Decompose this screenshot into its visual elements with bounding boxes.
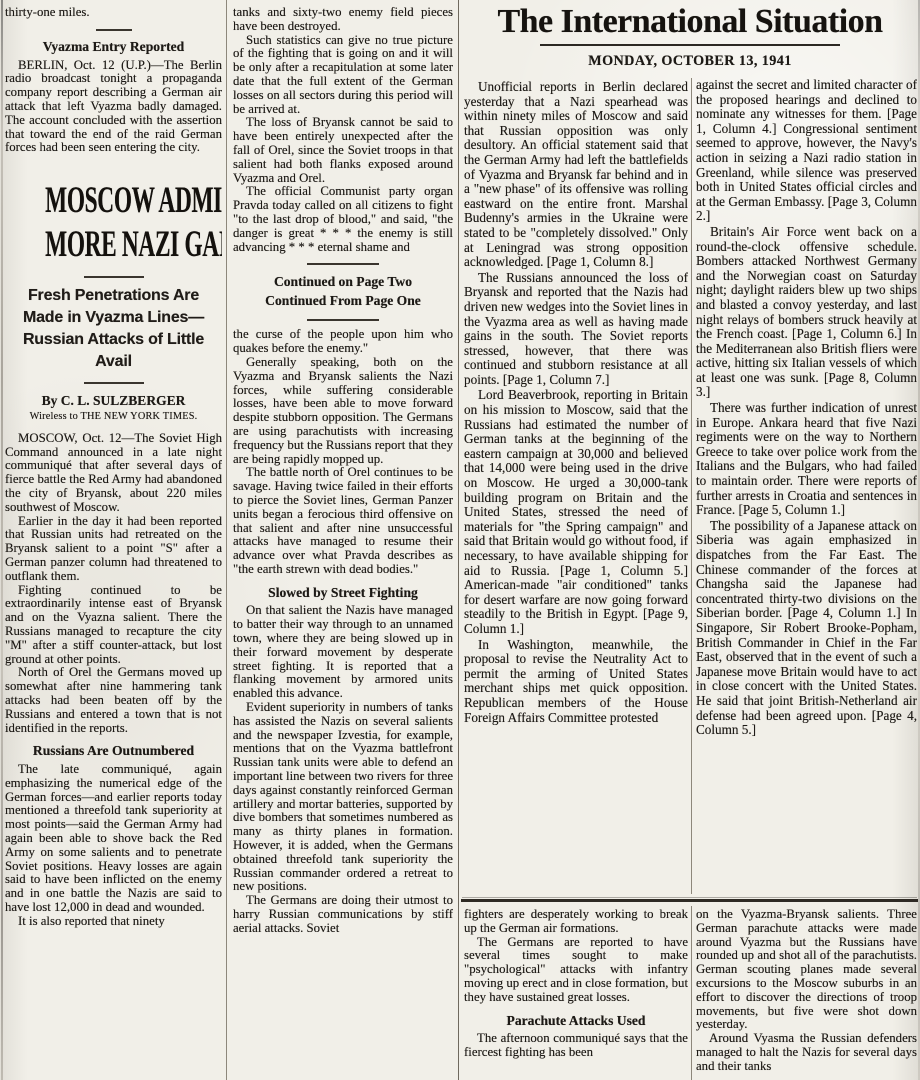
continuation-line: thirty-one miles. bbox=[5, 6, 222, 20]
bottom-column-2: on the Vyazma-Bryansk salients. Three Ge… bbox=[696, 908, 917, 1080]
column-rule-2 bbox=[458, 0, 459, 1080]
headline-line-2: MORE NAZI GAINS bbox=[45, 223, 182, 267]
section-heading: Vyazma Entry Reported bbox=[5, 40, 222, 54]
feature-date: MONDAY, OCTOBER 13, 1941 bbox=[462, 53, 918, 70]
continuation-paragraph: fighters are desperately working to brea… bbox=[464, 908, 688, 936]
scan-edge-left bbox=[1, 0, 3, 1080]
column-1: thirty-one miles. Vyazma Entry Reported … bbox=[5, 0, 222, 1080]
news-paragraph: Generally speaking, both on the Vyazma a… bbox=[233, 356, 453, 466]
news-paragraph: BERLIN, Oct. 12 (U.P.)—The Berlin radio … bbox=[5, 59, 222, 156]
summary-paragraph: Unofficial reports in Berlin declared ye… bbox=[464, 80, 688, 270]
summary-column-2: against the secret and limited character… bbox=[696, 78, 917, 894]
news-paragraph: Such statistics can give no true picture… bbox=[233, 34, 453, 117]
news-paragraph: It is also reported that ninety bbox=[5, 915, 222, 929]
byline: By C. L. SULZBERGER bbox=[5, 394, 222, 408]
news-paragraph: North of Orel the Germans moved up somew… bbox=[5, 666, 222, 735]
summary-column-1: Unofficial reports in Berlin declared ye… bbox=[464, 80, 688, 896]
divider-dash bbox=[307, 319, 379, 321]
wire-credit: Wireless to THE NEW YORK TIMES. bbox=[5, 410, 222, 424]
summary-paragraph: The possibility of a Japanese attack on … bbox=[696, 519, 917, 738]
section-heading: Slowed by Street Fighting bbox=[233, 586, 453, 600]
news-paragraph: The Germans are reported to have several… bbox=[464, 936, 688, 1005]
feature-title: The International Situation bbox=[462, 0, 918, 44]
summary-paragraph: Britain's Air Force went back on a round… bbox=[696, 225, 917, 400]
news-paragraph: The official Communist party organ Pravd… bbox=[233, 185, 453, 254]
news-paragraph: The battle north of Orel continues to be… bbox=[233, 466, 453, 576]
column-rule-1 bbox=[226, 0, 227, 1080]
main-headline: MOSCOW ADMITS MORE NAZI GAINS bbox=[5, 179, 222, 267]
continued-block: Continued on Page Two Continued From Pag… bbox=[233, 263, 453, 321]
summary-paragraph: against the secret and limited character… bbox=[696, 78, 917, 224]
continued-on-notice: Continued on Page Two bbox=[233, 272, 453, 291]
news-paragraph: Earlier in the day it had been reported … bbox=[5, 515, 222, 584]
news-paragraph: MOSCOW, Oct. 12—The Soviet High Command … bbox=[5, 432, 222, 515]
news-paragraph: Evident superiority in numbers of tanks … bbox=[233, 701, 453, 894]
summary-paragraph: In Washington, meanwhile, the proposal t… bbox=[464, 638, 688, 726]
newspaper-page: thirty-one miles. Vyazma Entry Reported … bbox=[0, 0, 920, 1080]
summary-bottom-rule bbox=[461, 899, 918, 902]
news-paragraph: Fighting continued to be extraordinarily… bbox=[5, 584, 222, 667]
divider-dash bbox=[84, 382, 144, 384]
section-heading: Parachute Attacks Used bbox=[464, 1014, 688, 1028]
section-heading: Russians Are Outnumbered bbox=[5, 744, 222, 758]
column-rule-4 bbox=[691, 906, 692, 1080]
headline-line-1: MOSCOW ADMITS bbox=[45, 179, 182, 223]
news-paragraph: The loss of Bryansk cannot be said to ha… bbox=[233, 116, 453, 185]
continued-from-notice: Continued From Page One bbox=[233, 291, 453, 310]
bottom-column-1: fighters are desperately working to brea… bbox=[464, 908, 688, 1080]
news-paragraph: The late communiqué, again emphasizing t… bbox=[5, 763, 222, 915]
summary-paragraph: There was further indication of unrest i… bbox=[696, 401, 917, 518]
news-paragraph: On that salient the Nazis have managed t… bbox=[233, 604, 453, 701]
continuation-paragraph: the curse of the people upon him who qua… bbox=[233, 328, 453, 356]
column-2: tanks and sixty-two enemy field pieces h… bbox=[233, 0, 453, 1080]
column-rule-3 bbox=[691, 78, 692, 894]
divider-dash bbox=[307, 263, 379, 265]
summary-paragraph: The Russians announced the loss of Bryan… bbox=[464, 271, 688, 388]
summary-paragraph: Lord Beaverbrook, reporting in Britain o… bbox=[464, 388, 688, 636]
divider-dash bbox=[96, 29, 132, 31]
continuation-paragraph: on the Vyazma-Bryansk salients. Three Ge… bbox=[696, 908, 917, 1032]
news-paragraph: The Germans are doing their utmost to ha… bbox=[233, 894, 453, 935]
continuation-paragraph: tanks and sixty-two enemy field pieces h… bbox=[233, 6, 453, 34]
title-rule bbox=[540, 44, 840, 46]
news-paragraph: The afternoon communiqué says that the f… bbox=[464, 1032, 688, 1060]
feature-header: The International Situation MONDAY, OCTO… bbox=[462, 0, 918, 70]
news-paragraph: Around Vyasma the Russian defenders mana… bbox=[696, 1032, 917, 1073]
sub-headline: Fresh Penetrations Are Made in Vyazma Li… bbox=[7, 285, 220, 373]
divider-dash bbox=[84, 276, 144, 278]
